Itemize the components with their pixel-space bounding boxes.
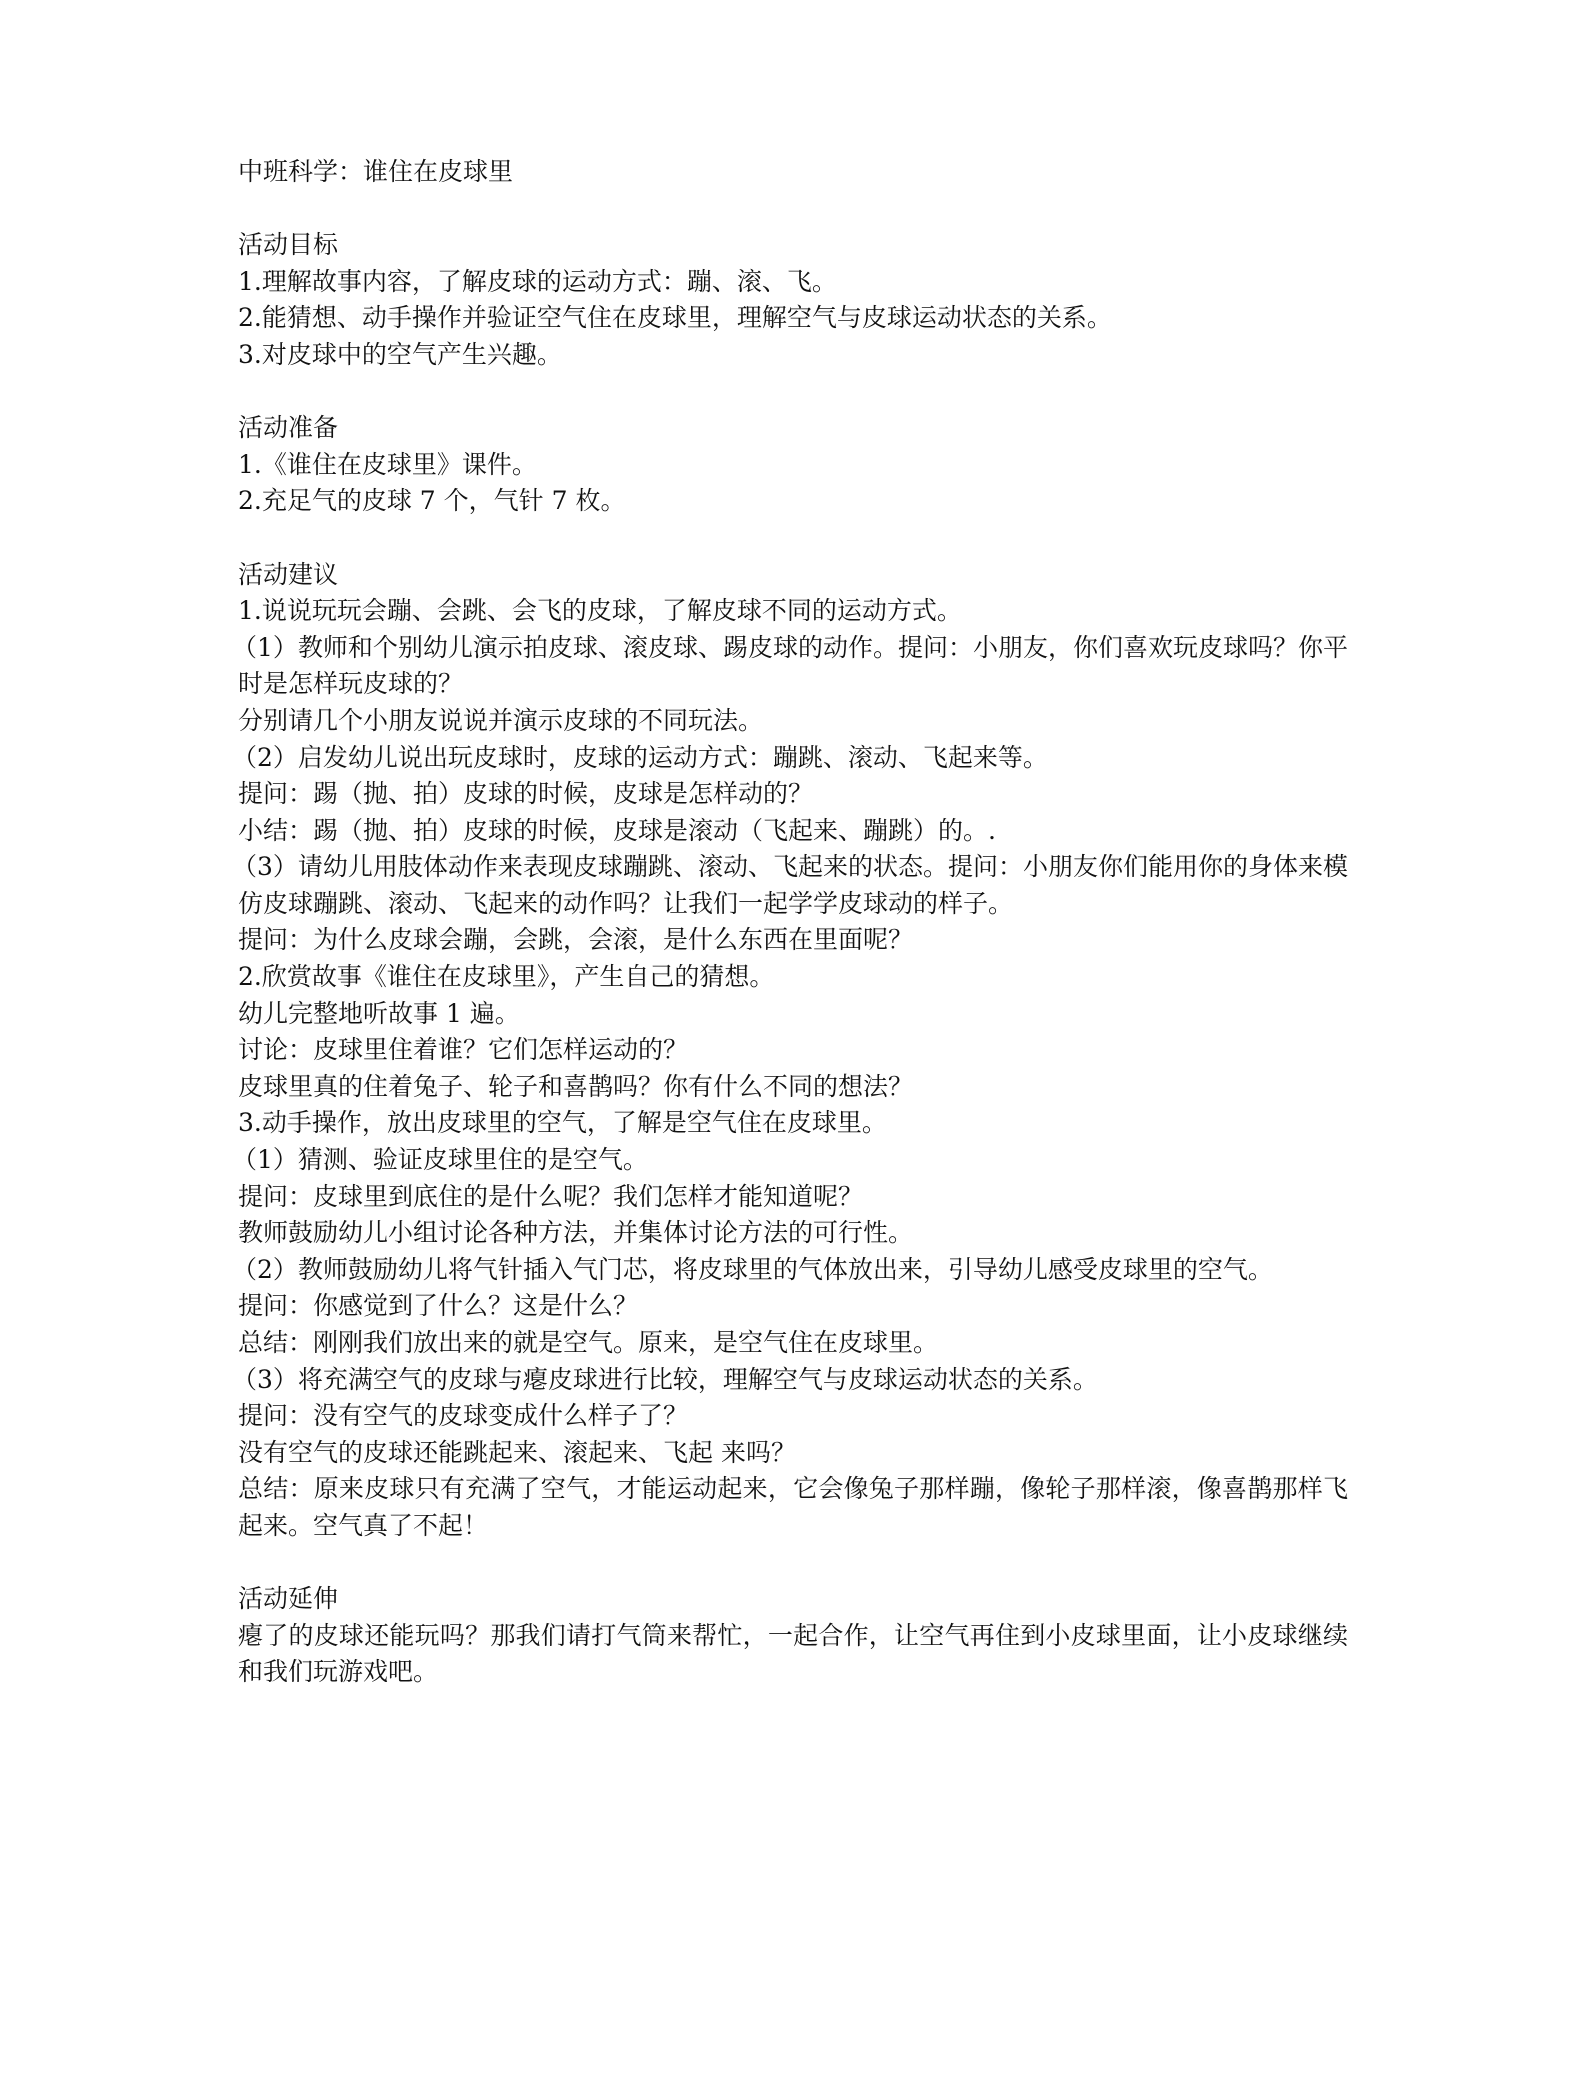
suggestion-question: 提问：皮球里到底住的是什么呢？我们怎样才能知道呢？: [238, 1179, 1348, 1216]
suggestion-substep: （1）猜测、验证皮球里住的是空气。: [238, 1142, 1348, 1179]
blank-line: [238, 520, 1348, 557]
blank-line: [238, 191, 1348, 228]
section-heading-extension: 活动延伸: [238, 1581, 1348, 1618]
section-goals: 活动目标 1.理解故事内容，了解皮球的运动方式：蹦、滚、飞。 2.能猜想、动手操…: [238, 227, 1348, 373]
preparation-item-2: 2.充足气的皮球 7 个，气针 7 枚。: [238, 483, 1348, 520]
suggestion-paragraph: 皮球里真的住着兔子、轮子和喜鹊吗？你有什么不同的想法？: [238, 1069, 1348, 1106]
suggestion-substep: （3）请幼儿用肢体动作来表现皮球蹦跳、滚动、飞起来的状态。提问：小朋友你们能用你…: [238, 849, 1348, 922]
goal-item-2: 2.能猜想、动手操作并验证空气住在皮球里，理解空气与皮球运动状态的关系。: [238, 300, 1348, 337]
suggestion-paragraph: 没有空气的皮球还能跳起来、滚起来、飞起 来吗？: [238, 1435, 1348, 1472]
suggestion-step-2: 2.欣赏故事《谁住在皮球里》，产生自己的猜想。: [238, 959, 1348, 996]
suggestion-discussion: 讨论：皮球里住着谁？它们怎样运动的？: [238, 1032, 1348, 1069]
document-title: 中班科学：谁住在皮球里: [238, 154, 1348, 191]
suggestion-substep: （3）将充满空气的皮球与瘪皮球进行比较，理解空气与皮球运动状态的关系。: [238, 1362, 1348, 1399]
suggestion-question: 提问：你感觉到了什么？这是什么？: [238, 1288, 1348, 1325]
suggestion-summary: 总结：原来皮球只有充满了空气，才能运动起来，它会像兔子那样蹦，像轮子那样滚，像喜…: [238, 1471, 1348, 1544]
suggestion-question: 提问：为什么皮球会蹦，会跳，会滚，是什么东西在里面呢？: [238, 922, 1348, 959]
blank-line: [238, 1545, 1348, 1582]
suggestion-paragraph: 幼儿完整地听故事 1 遍。: [238, 996, 1348, 1033]
section-heading-preparation: 活动准备: [238, 410, 1348, 447]
suggestion-summary: 总结：刚刚我们放出来的就是空气。原来，是空气住在皮球里。: [238, 1325, 1348, 1362]
suggestion-summary: 小结：踢（抛、拍）皮球的时候，皮球是滚动（飞起来、蹦跳）的。.: [238, 813, 1348, 850]
section-extension: 活动延伸 瘪了的皮球还能玩吗？那我们请打气筒来帮忙，一起合作，让空气再住到小皮球…: [238, 1581, 1348, 1691]
suggestion-question: 提问：没有空气的皮球变成什么样子了？: [238, 1398, 1348, 1435]
suggestion-step-1: 1.说说玩玩会蹦、会跳、会飞的皮球，了解皮球不同的运动方式。: [238, 593, 1348, 630]
goal-item-1: 1.理解故事内容，了解皮球的运动方式：蹦、滚、飞。: [238, 264, 1348, 301]
suggestion-substep: （1）教师和个别幼儿演示拍皮球、滚皮球、踢皮球的动作。提问：小朋友，你们喜欢玩皮…: [238, 630, 1348, 703]
suggestion-substep: （2）启发幼儿说出玩皮球时，皮球的运动方式：蹦跳、滚动、飞起来等。: [238, 740, 1348, 777]
section-heading-suggestions: 活动建议: [238, 557, 1348, 594]
suggestion-paragraph: 教师鼓励幼儿小组讨论各种方法，并集体讨论方法的可行性。: [238, 1215, 1348, 1252]
section-preparation: 活动准备 1.《谁住在皮球里》课件。 2.充足气的皮球 7 个，气针 7 枚。: [238, 410, 1348, 520]
section-heading-goals: 活动目标: [238, 227, 1348, 264]
goal-item-3: 3.对皮球中的空气产生兴趣。: [238, 337, 1348, 374]
suggestion-question: 提问：踢（抛、拍）皮球的时候，皮球是怎样动的？: [238, 776, 1348, 813]
suggestion-paragraph: 分别请几个小朋友说说并演示皮球的不同玩法。: [238, 703, 1348, 740]
blank-line: [238, 374, 1348, 411]
preparation-item-1: 1.《谁住在皮球里》课件。: [238, 447, 1348, 484]
suggestion-substep: （2）教师鼓励幼儿将气针插入气门芯，将皮球里的气体放出来，引导幼儿感受皮球里的空…: [238, 1252, 1348, 1289]
document-page: 中班科学：谁住在皮球里 活动目标 1.理解故事内容，了解皮球的运动方式：蹦、滚、…: [238, 154, 1348, 1691]
section-suggestions: 活动建议 1.说说玩玩会蹦、会跳、会飞的皮球，了解皮球不同的运动方式。 （1）教…: [238, 557, 1348, 1545]
suggestion-step-3: 3.动手操作，放出皮球里的空气，了解是空气住在皮球里。: [238, 1105, 1348, 1142]
extension-paragraph: 瘪了的皮球还能玩吗？那我们请打气筒来帮忙，一起合作，让空气再住到小皮球里面，让小…: [238, 1618, 1348, 1691]
